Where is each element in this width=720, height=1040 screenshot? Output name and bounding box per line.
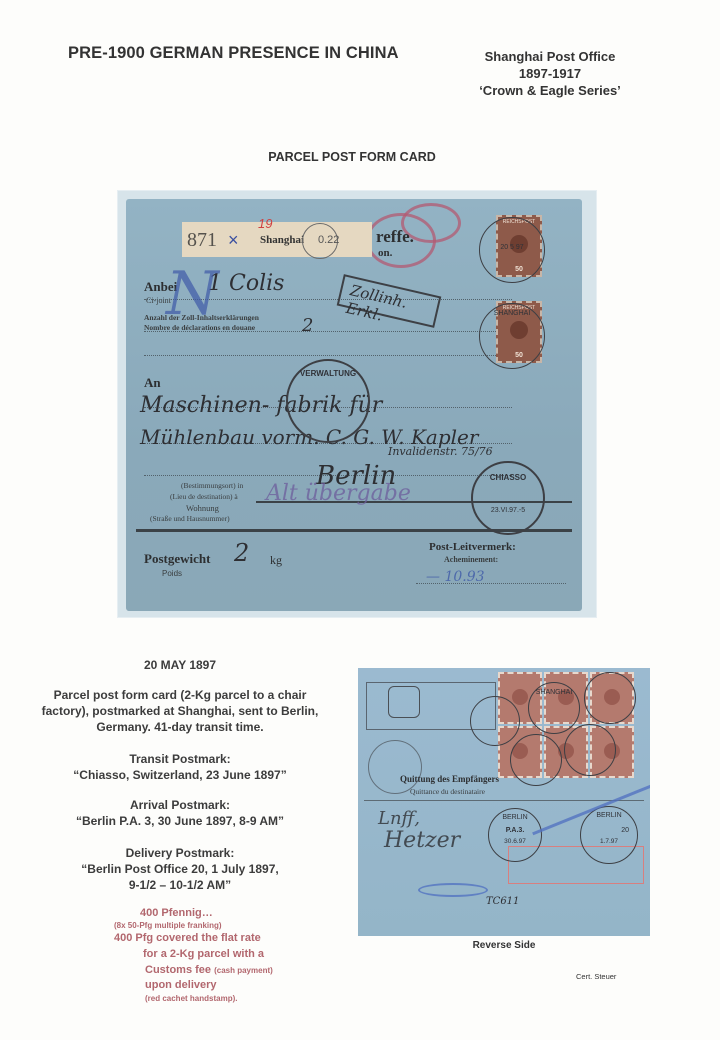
octagon-mark xyxy=(388,686,420,718)
quittung-fr: Quittance du destinataire xyxy=(410,787,485,796)
handwritten-colis: 1 Colis xyxy=(208,271,284,296)
field-postgewicht: Postgewicht xyxy=(144,551,210,567)
certificate-note: Cert. Steuer xyxy=(576,972,616,981)
handwritten-weight: 2 xyxy=(234,539,249,567)
eagle-icon xyxy=(512,689,528,705)
shanghai-postmark xyxy=(510,734,562,786)
faint-postmark xyxy=(368,740,422,794)
verwaltung-postmark: VERWALTUNG xyxy=(286,359,370,443)
blue-crayon-loop xyxy=(418,883,488,897)
pencil-note: TC611 xyxy=(486,896,519,907)
chiasso-postmark: CHIASSO 23.VI.97.-5 xyxy=(471,461,545,535)
shanghai-postmark: SHANGHAI xyxy=(479,303,545,369)
field-bestimmungsort: (Bestimmungsort) in xyxy=(181,481,243,490)
label-date: 0.22 xyxy=(318,234,339,246)
printed-subheading: on. xyxy=(378,247,392,259)
cover-date: 20 MAY 1897 xyxy=(20,657,340,673)
blue-crayon-mark: N xyxy=(166,259,219,329)
exhibit-subtitle: Shanghai Post Office 1897-1917 ‘Crown & … xyxy=(470,48,630,99)
label-city: Shanghai xyxy=(260,234,304,246)
shanghai-postmark: 20 5 97 xyxy=(479,217,545,283)
cross-mark: × xyxy=(228,230,239,251)
reverse-side-caption: Reverse Side xyxy=(358,940,650,951)
parcel-label: 871 × 19 Shanghai 0.22 xyxy=(182,222,372,257)
shanghai-postmark xyxy=(584,672,636,724)
handwritten-signature: Hetzer xyxy=(384,828,460,853)
berlin-20-postmark: BERLIN 20 1.7.97 xyxy=(580,806,638,864)
shanghai-postmark xyxy=(470,696,520,746)
field-an: An xyxy=(144,375,161,391)
delivery-postmark: Delivery Postmark: “Berlin Post Office 2… xyxy=(20,845,340,893)
berlin-pa3-postmark: BERLIN P.A.3. 30.6.97 xyxy=(488,808,542,862)
printed-heading: reffe. xyxy=(376,227,414,247)
customs-declaration-stamp: Zollinh. Erkl. xyxy=(337,274,442,328)
route-mark: — 10.93 xyxy=(426,569,485,585)
shanghai-postmark: SHANGHAI xyxy=(528,682,580,734)
exhibit-title: PRE-1900 GERMAN PRESENCE IN CHINA xyxy=(68,44,399,63)
rule xyxy=(364,800,644,801)
handwritten-count: 2 xyxy=(302,315,313,336)
shanghai-postmark xyxy=(564,724,616,776)
handwritten-street: Invalidenstr. 75/76 xyxy=(388,445,493,458)
dotted-line xyxy=(144,331,512,332)
front-card-mount: 871 × 19 Shanghai 0.22 reffe. on. Anbei … xyxy=(117,190,597,618)
field-wohnung: Wohnung xyxy=(186,503,219,513)
parcel-card-front: 871 × 19 Shanghai 0.22 reffe. on. Anbei … xyxy=(126,199,582,611)
arrival-postmark: Arrival Postmark: “Berlin P.A. 3, 30 Jun… xyxy=(20,797,340,829)
field-postvermerk: Post-Leitvermerk: xyxy=(429,541,516,553)
label-red-number: 19 xyxy=(258,216,272,231)
field-kg: kg xyxy=(270,553,282,568)
dotted-line xyxy=(144,355,512,356)
field-lieu: (Lieu de destination) à xyxy=(170,492,238,501)
handwritten-blue-note: Alt übergabe xyxy=(266,481,411,506)
transit-postmark: Transit Postmark: “Chiasso, Switzerland,… xyxy=(20,751,340,783)
quittung-heading: Quittung des Empfängers xyxy=(400,774,499,784)
subtitle-line: 1897-1917 xyxy=(470,65,630,82)
subtitle-line: ‘Crown & Eagle Series’ xyxy=(470,82,630,99)
label-number: 871 xyxy=(187,229,217,252)
field-poids: Poids xyxy=(162,569,182,578)
field-strasse: (Straße und Hausnummer) xyxy=(150,514,230,523)
parcel-card-reverse: SHANGHAI Quittung des Empfängers Quittan… xyxy=(358,668,650,936)
subtitle-line: Shanghai Post Office xyxy=(470,48,630,65)
cover-description: Parcel post form card (2-Kg parcel to a … xyxy=(20,687,340,735)
section-title: PARCEL POST FORM CARD xyxy=(0,150,704,164)
handwritten-note: Lnff, xyxy=(378,808,420,829)
field-acheminement: Acheminement: xyxy=(444,555,498,564)
